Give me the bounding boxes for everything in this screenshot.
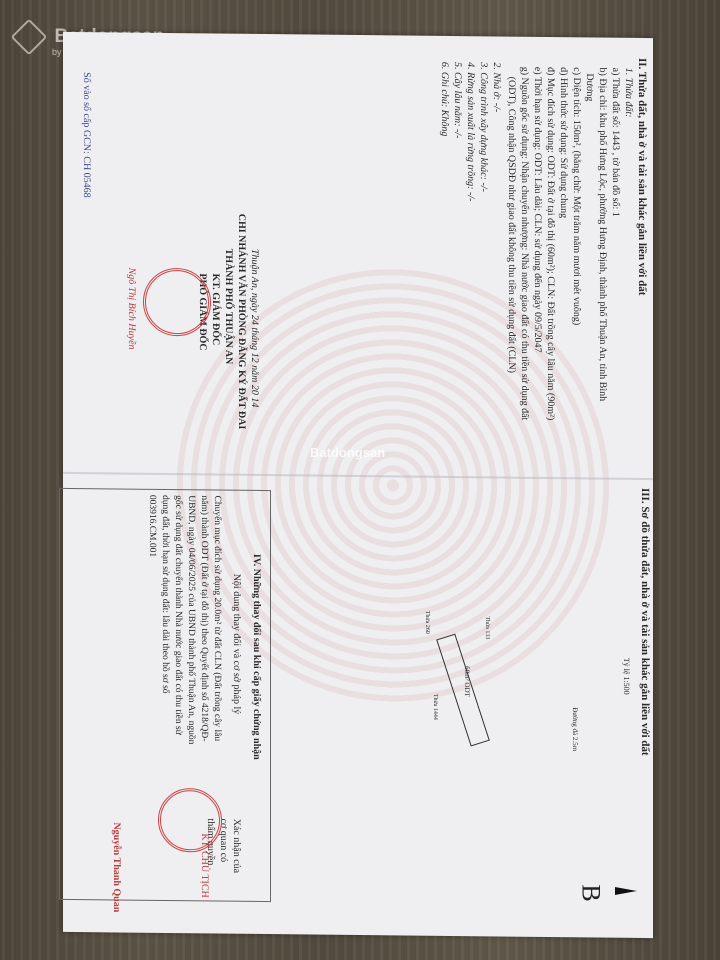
neighbor-top: Thửa 133 xyxy=(480,616,493,639)
watermark-center: Batdongsan xyxy=(310,445,385,460)
batdongsan-logo-icon xyxy=(11,19,48,56)
signer-name: Ngô Thị Bích Huyền xyxy=(125,268,138,350)
change-line-2: năm) thành ODT (Đất ở tại đô thị) theo Q… xyxy=(197,495,210,741)
land-certificate-document: II. Thửa đất, nhà ở và tài sản khác gắn … xyxy=(63,32,653,938)
origin-cont: (ODT), Công nhận QSDĐ như giao đất không… xyxy=(505,77,518,374)
forest: 4. Rừng sản xuất là rừng trồng: -/- xyxy=(464,62,477,201)
map-scale: Tỷ lệ 1:500 xyxy=(620,658,633,695)
col-changes-header: Nội dung thay đổi và cơ sở pháp lý xyxy=(230,574,243,715)
section3-title: III. Sơ đồ thửa đất, nhà ở và tài sản kh… xyxy=(638,488,651,756)
change-line-6: 003916.CM.001 xyxy=(145,495,158,557)
parcel-number: a) Thửa đất số: 1443 , tờ bản đồ số: 1 xyxy=(609,68,622,217)
kt-director: KT. GIÁM ĐỐC xyxy=(209,273,222,345)
purpose: đ) Mục đích sử dụng: ODT: Đất ở tại đô t… xyxy=(544,67,557,421)
page-letter: B xyxy=(576,884,606,901)
neighbor-left: Thửa 260 xyxy=(420,611,433,634)
section2-title: II. Thửa đất, nhà ở và tài sản khác gắn … xyxy=(635,58,648,296)
change-line-5: dụng đất, thời hạn sử dụng đất: lâu dài … xyxy=(158,495,171,694)
change-line-1: Chuyển mục đích sử dụng 20.0m² từ đất CL… xyxy=(210,495,223,741)
north-arrow-icon xyxy=(615,887,637,895)
office-name: CHI NHÁNH VĂN PHÒNG ĐĂNG KÝ ĐẤT ĐAI xyxy=(235,214,248,430)
book-number: Số vào sổ cấp GCN: CH 05468 xyxy=(80,72,93,198)
red-seal-stamp-2 xyxy=(158,788,222,853)
change-signer: Nguyễn Thanh Quan xyxy=(110,822,123,912)
perennial: 5. Cây lâu năm: -/- xyxy=(451,62,464,139)
house: 2. Nhà ở: -/- xyxy=(490,62,503,112)
address: b) Địa chỉ: khu phố Hưng Lộc, phường Hưn… xyxy=(596,67,609,401)
red-seal-stamp xyxy=(143,268,211,337)
notes: 6. Ghi chú: Không xyxy=(438,62,451,137)
vice-chair: KT. CHỦ TỊCH xyxy=(198,833,211,897)
other-construction: 3. Công trình xây dựng khác: -/- xyxy=(477,62,490,192)
address-cont: Dương xyxy=(583,73,596,101)
change-line-4: gốc sử dụng đất chuyển thành Nhà nước gi… xyxy=(171,495,184,735)
section4-title: IV. Những thay đổi sau khi cấp giấy chứn… xyxy=(250,554,263,760)
neighbor-bottom: Thửa 1444 xyxy=(428,694,441,720)
change-line-3: UBND, ngày 04/06/2025 của UBND thành phố… xyxy=(184,495,197,744)
term: e) Thời hạn sử dụng: ODT: Lâu dài; CLN: … xyxy=(531,67,544,353)
road-label: Đường đá 2.5m xyxy=(568,707,581,751)
area: c) Diện tích: 150m², (bằng chữ: Một trăm… xyxy=(570,67,583,325)
usage-form: d) Hình thức sử dụng: Sử dụng chung xyxy=(557,67,570,218)
issue-date: Thuận An, ngày 24 tháng 12 năm 20 14 xyxy=(248,249,261,408)
origin: g) Nguồn gốc sử dụng: Nhận chuyển nhượng… xyxy=(518,67,531,421)
plot-area-label: 60m² ODT xyxy=(460,666,473,697)
land-label: 1. Thửa đất: xyxy=(622,68,635,118)
office-city: THÀNH PHỐ THUẬN AN xyxy=(222,249,235,365)
